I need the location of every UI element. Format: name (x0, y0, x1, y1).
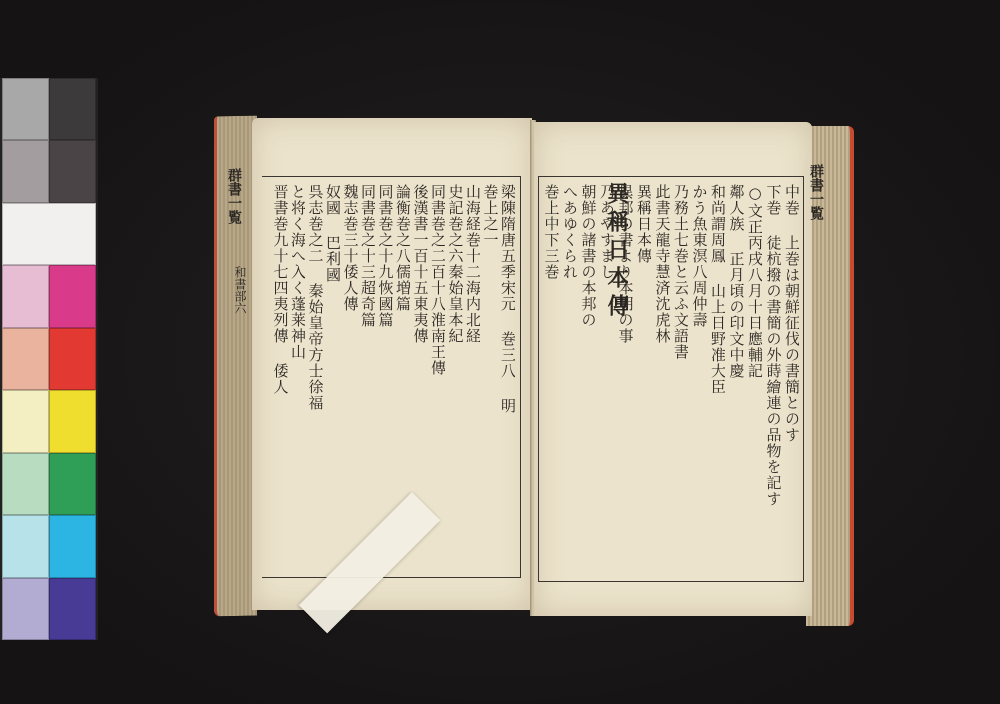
text-column: 此書天龍寺慧済沈虎林 (655, 184, 670, 574)
color-swatch (49, 453, 96, 515)
text-column: 鄰人族 正月頃の印文中慶 (729, 184, 744, 574)
text-column: 朝鮮の諸書の本邦の (581, 184, 596, 574)
color-swatch (2, 453, 49, 515)
text-column: 同書巻之二百十八淮南王傳 (430, 184, 445, 569)
text-column: 下巻 徒杭撥の書簡の外蒔繪連の品物を記す (766, 184, 781, 574)
text-column: 魏志巻三十倭人傳 (343, 184, 358, 569)
right-page: 中巻 上巻は朝鮮征伐の書簡とのす下巻 徒杭撥の書簡の外蒔繪連の品物を記す○文正丙… (534, 122, 812, 616)
text-column: ○文正丙戌八月十日應輔記 (747, 184, 762, 574)
text-column: 中巻 上巻は朝鮮征伐の書簡とのす (784, 184, 799, 574)
text-column: 乃務土七巻と云ふ文語書 (673, 184, 688, 574)
color-swatch (2, 140, 49, 202)
text-column: 同書巻之十九恢國篇 (378, 184, 393, 569)
text-column: 巻上中下三巻 (544, 184, 559, 574)
text-column: 山海経巻十二海内北経 (465, 184, 480, 569)
color-swatch (49, 78, 96, 140)
color-calibration-chart (0, 78, 98, 640)
right-margin-title: 群書一覧 (806, 164, 826, 220)
right-page-frame (538, 176, 804, 582)
color-swatch (49, 265, 96, 327)
color-swatch (2, 328, 49, 390)
color-swatch (2, 390, 49, 452)
text-column: 史記巻之六秦始皇本紀 (448, 184, 463, 569)
color-swatch (49, 578, 96, 640)
text-column: 同書巻之十三超奇篇 (360, 184, 375, 569)
color-swatch (2, 578, 49, 640)
color-swatch (49, 140, 96, 202)
text-column: 和尚謂周鳳 山上日野准大臣 (710, 184, 725, 574)
text-column: 奴國 巴利國 (325, 184, 340, 569)
color-swatch (2, 78, 49, 140)
text-column: へあゆくられ (562, 184, 577, 574)
open-book: 梁陳隋唐五季宋元 巻三八 明巻上之一山海経巻十二海内北経史記巻之六秦始皇本紀同書… (214, 116, 854, 632)
text-column: 呉志巻之二 秦始皇帝方士徐福 (308, 184, 323, 569)
color-swatch (2, 515, 49, 577)
color-swatch (2, 265, 49, 327)
left-margin-title: 群書一覧 (224, 168, 244, 224)
color-swatch (49, 328, 96, 390)
color-swatch (49, 515, 96, 577)
color-swatch (2, 203, 96, 265)
text-column: かう魚東溟八周仲壽 (692, 184, 707, 574)
left-margin-subtitle: 和書部六 (232, 266, 249, 314)
text-column: 晋書巻九十七四夷列傳 倭人 (273, 184, 288, 569)
text-column: 巻上之一 (483, 184, 498, 569)
text-column: 梁陳隋唐五季宋元 巻三八 明 (500, 184, 515, 569)
text-column: と将く海へ入く蓬莱神山 (290, 184, 305, 569)
color-swatch (49, 390, 96, 452)
text-column: 異稱日本傳 (636, 184, 651, 574)
book-title: 異稱日本傳 (606, 182, 628, 332)
